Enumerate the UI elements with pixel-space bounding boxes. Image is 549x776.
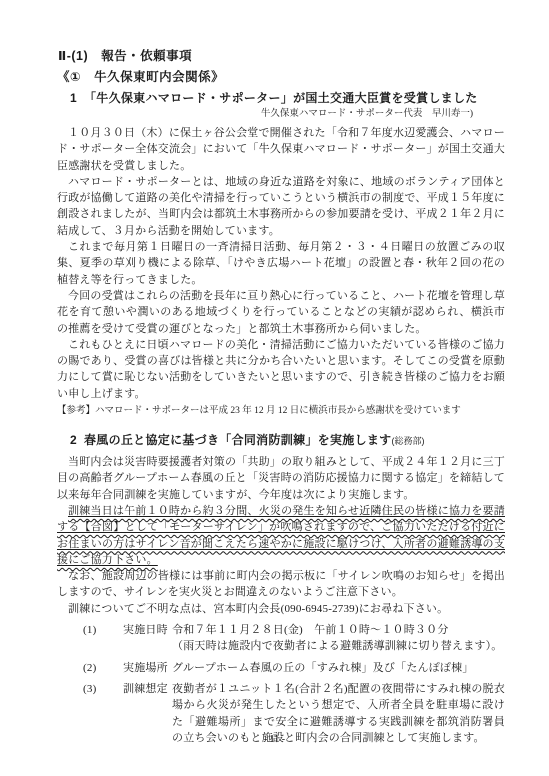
article2-heading-title: 春風の丘と協定に基づき「合同消防訓練」を実施します [84,433,392,447]
article2-note-paragraph: なお、施設周辺の皆様には事前に町内会の掲示板に「サイレン吹鳴のお知らせ」を掲出し… [57,568,505,601]
item-label: 実施場所 [123,660,172,676]
article2-heading: 2春風の丘と協定に基づき「合同消防訓練」を実施します(総務部) [70,431,505,450]
item-body: 令和７年１１月２８日(金) 午前１０時～１０時３０分 （雨天時は施設内で夜勤者に… [172,622,505,655]
article1-reference-note: 【参考】ハマロード・サポーターは平成 23 年 12 月 12 日に横浜市長から… [57,404,505,418]
article1-paragraph: 今回の受賞はこれらの活動を長年に亘り熱心に行っていること、ハート花壇を管理し草花… [57,288,505,337]
article1-credit-line: 牛久保東ハマロード・サポーター代表 早川寿一) [57,108,505,121]
section-heading: Ⅱ-(1) 報告・依頼事項 [58,47,505,65]
item-label: 実施日時 [123,622,172,655]
item-text: グループホーム春風の丘の「すみれ棟」及び「たんぽぽ棟」 [172,660,505,676]
document-page: Ⅱ-(1) 報告・依頼事項 《① 牛久保東町内会関係》 1「牛久保東ハマロード・… [0,0,549,776]
item-number: (1) [83,622,123,655]
article2-heading-number: 2 [70,431,77,449]
article1-body: １０月３０日（木）に保土ヶ谷公会堂で開催された「令和７年度水辺愛護会、ハマロード… [57,125,505,402]
list-item: (1) 実施日時 令和７年１１月２８日(金) 午前１０時～１０時３０分 （雨天時… [57,622,505,655]
article1-paragraph: これもひとえに日頃ハマロードの美化・清掃活動にご協力いただいている皆様のご協力の… [57,337,505,402]
article1-heading-number: 1 [70,89,77,107]
page-number: - 11 - [0,733,549,747]
article1-heading: 1「牛久保東ハマロード・サポーター」が国土交通大臣賞を受賞しました [70,89,505,107]
article1-paragraph: ハマロード・サポーターとは、地域の身近な道路を対象に、地域のボランティア団体と行… [57,174,505,239]
article2-item-list: (1) 実施日時 令和７年１１月２８日(金) 午前１０時～１０時３０分 （雨天時… [57,622,505,746]
emphasis-wavy-underline: 訓練当日は午前１０時から約３分間、火災の発生を知らせ近隣住民の皆様に協力を要請す… [57,505,505,566]
article2-intro-paragraph: 当町内会は災害時要援護者対策の「共助」の取り組みとして、平成２４年１２月に三丁目… [57,454,505,503]
list-item: (2) 実施場所 グループホーム春風の丘の「すみれ棟」及び「たんぽぽ棟」 [57,660,505,676]
emphasis-text: 訓練当日は午前１０時から約３分間、火災の発生を知らせ近隣住民の皆様に協力を要請す… [57,505,505,566]
item-note: （雨天時は施設内で夜勤者による避難誘導訓練に切り替えます）。 [172,638,505,654]
article2-emphasized-paragraph: 訓練当日は午前１０時から約３分間、火災の発生を知らせ近隣住民の皆様に協力を要請す… [57,503,505,568]
article1-heading-title: 「牛久保東ハマロード・サポーター」が国土交通大臣賞を受賞しました [84,91,478,105]
item-number: (2) [83,660,123,676]
article1-paragraph: これまで毎月第１日曜日の一斉清掃日活動、毎月第２・３・４日曜日の放置ごみの収集、… [57,239,505,288]
article2-heading-department: (総務部) [392,436,425,446]
article2-contact-paragraph: 訓練についてご不明な点は、宮本町内会長(090-6945-2739)にお尋ね下さ… [57,601,505,617]
article2-body: 当町内会は災害時要援護者対策の「共助」の取り組みとして、平成２４年１２月に三丁目… [57,454,505,617]
page-content: Ⅱ-(1) 報告・依頼事項 《① 牛久保東町内会関係》 1「牛久保東ハマロード・… [57,47,505,746]
article1-paragraph: １０月３０日（木）に保土ヶ谷公会堂で開催された「令和７年度水辺愛護会、ハマロード… [57,125,505,174]
item-text: 令和７年１１月２８日(金) 午前１０時～１０時３０分 [172,622,505,638]
item-body: グループホーム春風の丘の「すみれ棟」及び「たんぽぽ棟」 [172,660,505,676]
group-heading: 《① 牛久保東町内会関係》 [57,68,505,86]
